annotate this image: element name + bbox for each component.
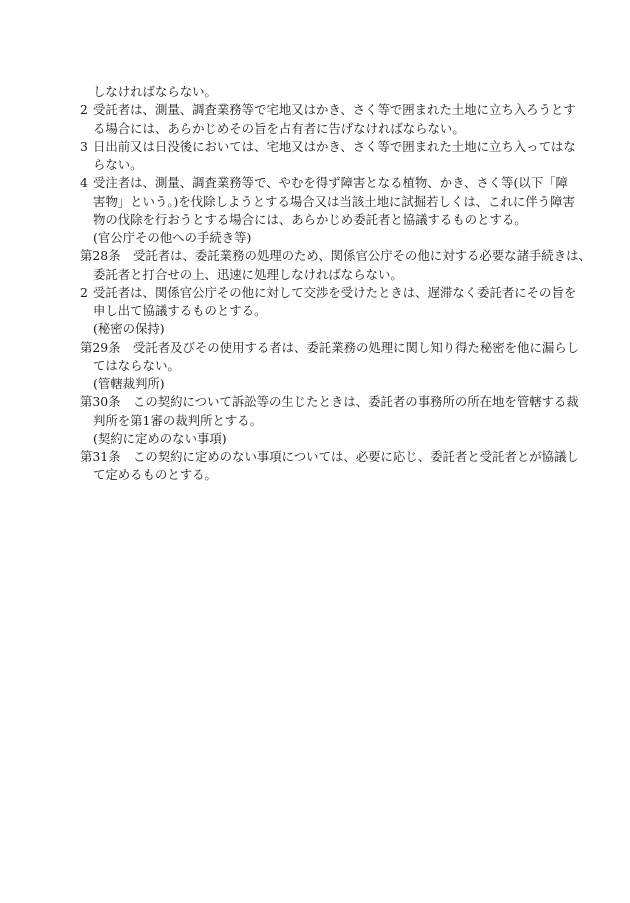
text-line: らない。 bbox=[93, 156, 554, 174]
text-line: 第28条 受託者は、委託業務の処理のため、関係官公庁その他に対する必要な諸手続き… bbox=[93, 247, 554, 265]
article-caption-28: (官公庁その他への手続き等) bbox=[80, 229, 554, 247]
text-line: 受注者は、測量、調査業務等で、やむを得ず障害となる植物、かき、さく等(以下「障 bbox=[93, 174, 554, 192]
clause-item-4: 4 受注者は、測量、調査業務等で、やむを得ず障害となる植物、かき、さく等(以下「… bbox=[80, 174, 554, 229]
caption-text: (契約に定めのない事項) bbox=[93, 430, 554, 448]
clause-item-28-2: 2 受託者は、関係官公庁その他に対して交渉を受けたときは、遅滞なく委託者にその旨… bbox=[80, 284, 554, 321]
text-line: 物の伐除を行おうとする場合には、あらかじめ委託者と協議するものとする。 bbox=[93, 211, 554, 229]
text-line: 判所を第1審の裁判所とする。 bbox=[93, 412, 554, 430]
text-line: 害物」という。)を伐除しようとする場合又は当該土地に試掘若しくは、これに伴う障害 bbox=[93, 193, 554, 211]
article-number: 第31条 bbox=[80, 449, 121, 464]
text-content: この契約に定めのない事項については、必要に応じ、委託者と受託者とが協議し bbox=[133, 449, 579, 464]
text-line: 日出前又は日没後においては、宅地又はかき、さく等で囲まれた土地に立ち入ってはな bbox=[93, 138, 554, 156]
document-page: しなければならない。 2 受託者は、測量、調査業務等で宅地又はかき、さく等で囲ま… bbox=[80, 83, 554, 485]
article-number: 第29条 bbox=[80, 340, 121, 355]
article-caption-31: (契約に定めのない事項) bbox=[80, 430, 554, 448]
text-line: て定めるものとする。 bbox=[93, 466, 554, 484]
article-31: 第31条 この契約に定めのない事項については、必要に応じ、委託者と受託者とが協議… bbox=[80, 448, 554, 485]
text-line: 申し出て協議するものとする。 bbox=[93, 302, 554, 320]
text-line: 委託者と打合せの上、迅速に処理しなければならない。 bbox=[93, 266, 554, 284]
article-caption-30: (管轄裁判所) bbox=[80, 375, 554, 393]
clause-item-3: 3 日出前又は日没後においては、宅地又はかき、さく等で囲まれた土地に立ち入っては… bbox=[80, 138, 554, 175]
text-content: この契約について訴訟等の生じたときは、委託者の事務所の所在地を管轄する裁 bbox=[133, 394, 579, 409]
clause-number: 4 bbox=[80, 174, 88, 192]
clause-number: 2 bbox=[80, 101, 88, 119]
text-content: 受託者及びその使用する者は、委託業務の処理に関し知り得た秘密を他に漏らし bbox=[133, 340, 579, 355]
text-line: しなければならない。 bbox=[93, 83, 554, 101]
article-number: 第30条 bbox=[80, 394, 121, 409]
text-line: 第30条 この契約について訴訟等の生じたときは、委託者の事務所の所在地を管轄する… bbox=[93, 393, 554, 411]
text-line: 第29条 受託者及びその使用する者は、委託業務の処理に関し知り得た秘密を他に漏ら… bbox=[93, 339, 554, 357]
text-line: る場合には、あらかじめその旨を占有者に告げなければならない。 bbox=[93, 120, 554, 138]
text-line: 受託者は、測量、調査業務等で宅地又はかき、さく等で囲まれた土地に立ち入ろうとす bbox=[93, 101, 554, 119]
clause-item-2: 2 受託者は、測量、調査業務等で宅地又はかき、さく等で囲まれた土地に立ち入ろうと… bbox=[80, 101, 554, 138]
article-number: 第28条 bbox=[80, 248, 121, 263]
text-line: 第31条 この契約に定めのない事項については、必要に応じ、委託者と受託者とが協議… bbox=[93, 448, 554, 466]
continuation-text: しなければならない。 bbox=[80, 83, 554, 101]
article-28: 第28条 受託者は、委託業務の処理のため、関係官公庁その他に対する必要な諸手続き… bbox=[80, 247, 554, 284]
caption-text: (管轄裁判所) bbox=[93, 375, 554, 393]
article-30: 第30条 この契約について訴訟等の生じたときは、委託者の事務所の所在地を管轄する… bbox=[80, 393, 554, 430]
caption-text: (秘密の保持) bbox=[93, 320, 554, 338]
text-line: 受託者は、関係官公庁その他に対して交渉を受けたときは、遅滞なく委託者にその旨を bbox=[93, 284, 554, 302]
clause-number: 3 bbox=[80, 138, 88, 156]
article-29: 第29条 受託者及びその使用する者は、委託業務の処理に関し知り得た秘密を他に漏ら… bbox=[80, 339, 554, 376]
text-content: 受託者は、委託業務の処理のため、関係官公庁その他に対する必要な諸手続きは、 bbox=[133, 248, 591, 263]
text-line: てはならない。 bbox=[93, 357, 554, 375]
article-caption-29: (秘密の保持) bbox=[80, 320, 554, 338]
caption-text: (官公庁その他への手続き等) bbox=[93, 229, 554, 247]
clause-number: 2 bbox=[80, 284, 88, 302]
